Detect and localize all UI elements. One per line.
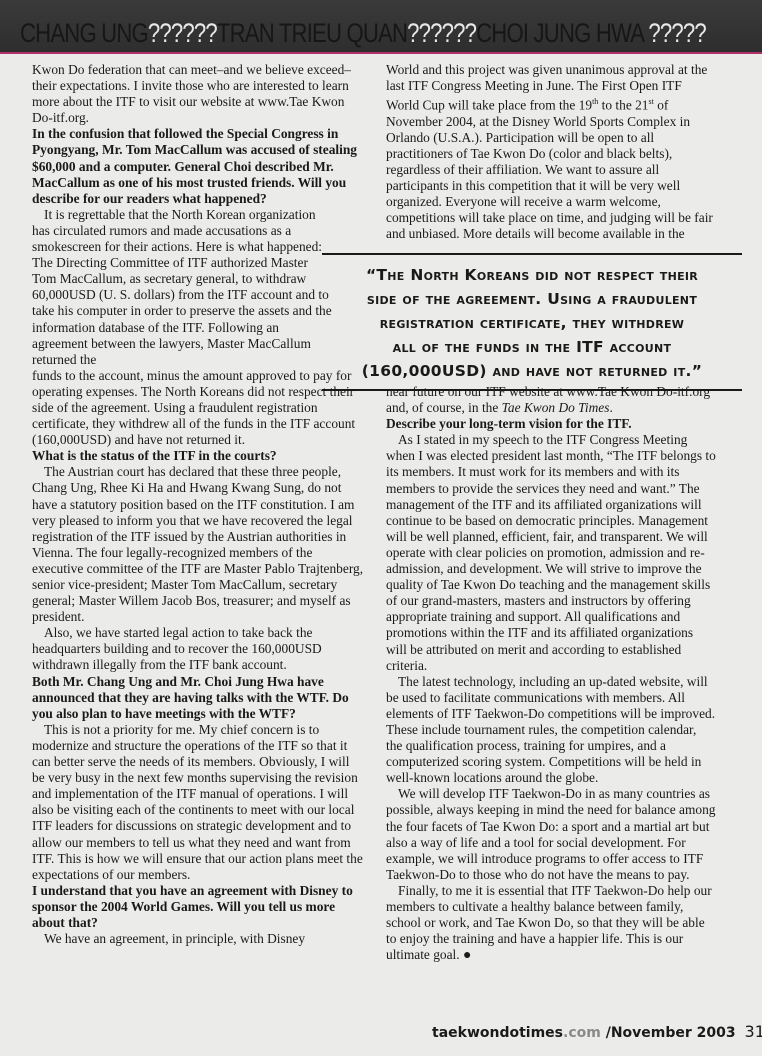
paragraph: We will develop ITF Taekwon-Do in as man… <box>386 786 716 883</box>
right-column-top: World and this project was given unanimo… <box>386 62 716 243</box>
pull-quote-line: side of the agreement. Using a fraudulen… <box>322 287 742 311</box>
header-placeholder-glyphs: ?????? <box>407 18 476 48</box>
paragraph: Also, we have started legal action to ta… <box>32 625 364 673</box>
interview-question: Describe your long-term vision for the I… <box>386 416 716 432</box>
text-run: Finally, to me it is essential that ITF … <box>386 883 712 962</box>
right-column-bottom: near future on our ITF website at www.Ta… <box>386 384 716 964</box>
header-name-choi-jung-hwa: CHOI JUNG HWA <box>476 18 648 48</box>
text-run: of November 2004, at the Disney World Sp… <box>386 98 713 242</box>
paragraph: Finally, to me it is essential that ITF … <box>386 883 716 964</box>
header-name-chang-ung: CHANG UNG <box>20 18 148 48</box>
paragraph: Kwon Do federation that can meet–and we … <box>32 62 364 126</box>
header-placeholder-glyphs: ?????? <box>148 18 217 48</box>
left-column: Kwon Do federation that can meet–and we … <box>32 62 364 947</box>
interview-question: What is the status of the ITF in the cou… <box>32 448 364 464</box>
footer-site-name: taekwondotimes <box>432 1025 563 1041</box>
pull-quote-line: registration certificate, they withdrew <box>322 311 742 335</box>
paragraph: As I stated in my speech to the ITF Cong… <box>386 432 716 673</box>
footer-issue-date: /November 2003 <box>601 1025 736 1041</box>
pull-quote-line: (160,000USD) and have not returned it.” <box>322 359 742 383</box>
paragraph: This is not a priority for me. My chief … <box>32 722 364 883</box>
paragraph: It is regrettable that the North Korean … <box>32 207 332 368</box>
text-run: to the 21 <box>598 98 648 113</box>
paragraph: World and this project was given unanimo… <box>386 62 716 243</box>
interview-question: In the confusion that followed the Speci… <box>32 126 364 206</box>
end-of-article-bullet-icon: ● <box>463 948 471 963</box>
interview-question: Both Mr. Chang Ung and Mr. Choi Jung Hwa… <box>32 674 364 722</box>
interview-question: I understand that you have an agreement … <box>32 883 364 931</box>
header-band: CHANG UNG??????TRAN TRIEU QUAN??????CHOI… <box>0 0 762 54</box>
pull-quote: “The North Koreans did not respect their… <box>322 253 742 391</box>
footer-site-tld: .com <box>563 1025 601 1041</box>
header-placeholder-glyphs: ????? <box>648 18 705 48</box>
magazine-title: Tae Kwon Do Times <box>502 400 610 415</box>
paragraph: near future on our ITF website at www.Ta… <box>386 384 716 416</box>
header-name-tran-trieu-quan: TRAN TRIEU QUAN <box>217 18 407 48</box>
paragraph: funds to the account, minus the amount a… <box>32 368 364 448</box>
text-run: . <box>609 400 612 415</box>
paragraph: The Austrian court has declared that the… <box>32 464 364 625</box>
pull-quote-line: “The North Koreans did not respect their <box>322 263 742 287</box>
pull-quote-line: all of the funds in the ITF account <box>322 335 742 359</box>
paragraph: We have an agreement, in principle, with… <box>32 931 364 947</box>
header-title: CHANG UNG??????TRAN TRIEU QUAN??????CHOI… <box>20 18 706 48</box>
page-footer: taekwondotimes.com /November 2003 31 <box>432 1022 762 1041</box>
page-number: 31 <box>745 1022 762 1041</box>
paragraph: The latest technology, including an up-d… <box>386 674 716 787</box>
